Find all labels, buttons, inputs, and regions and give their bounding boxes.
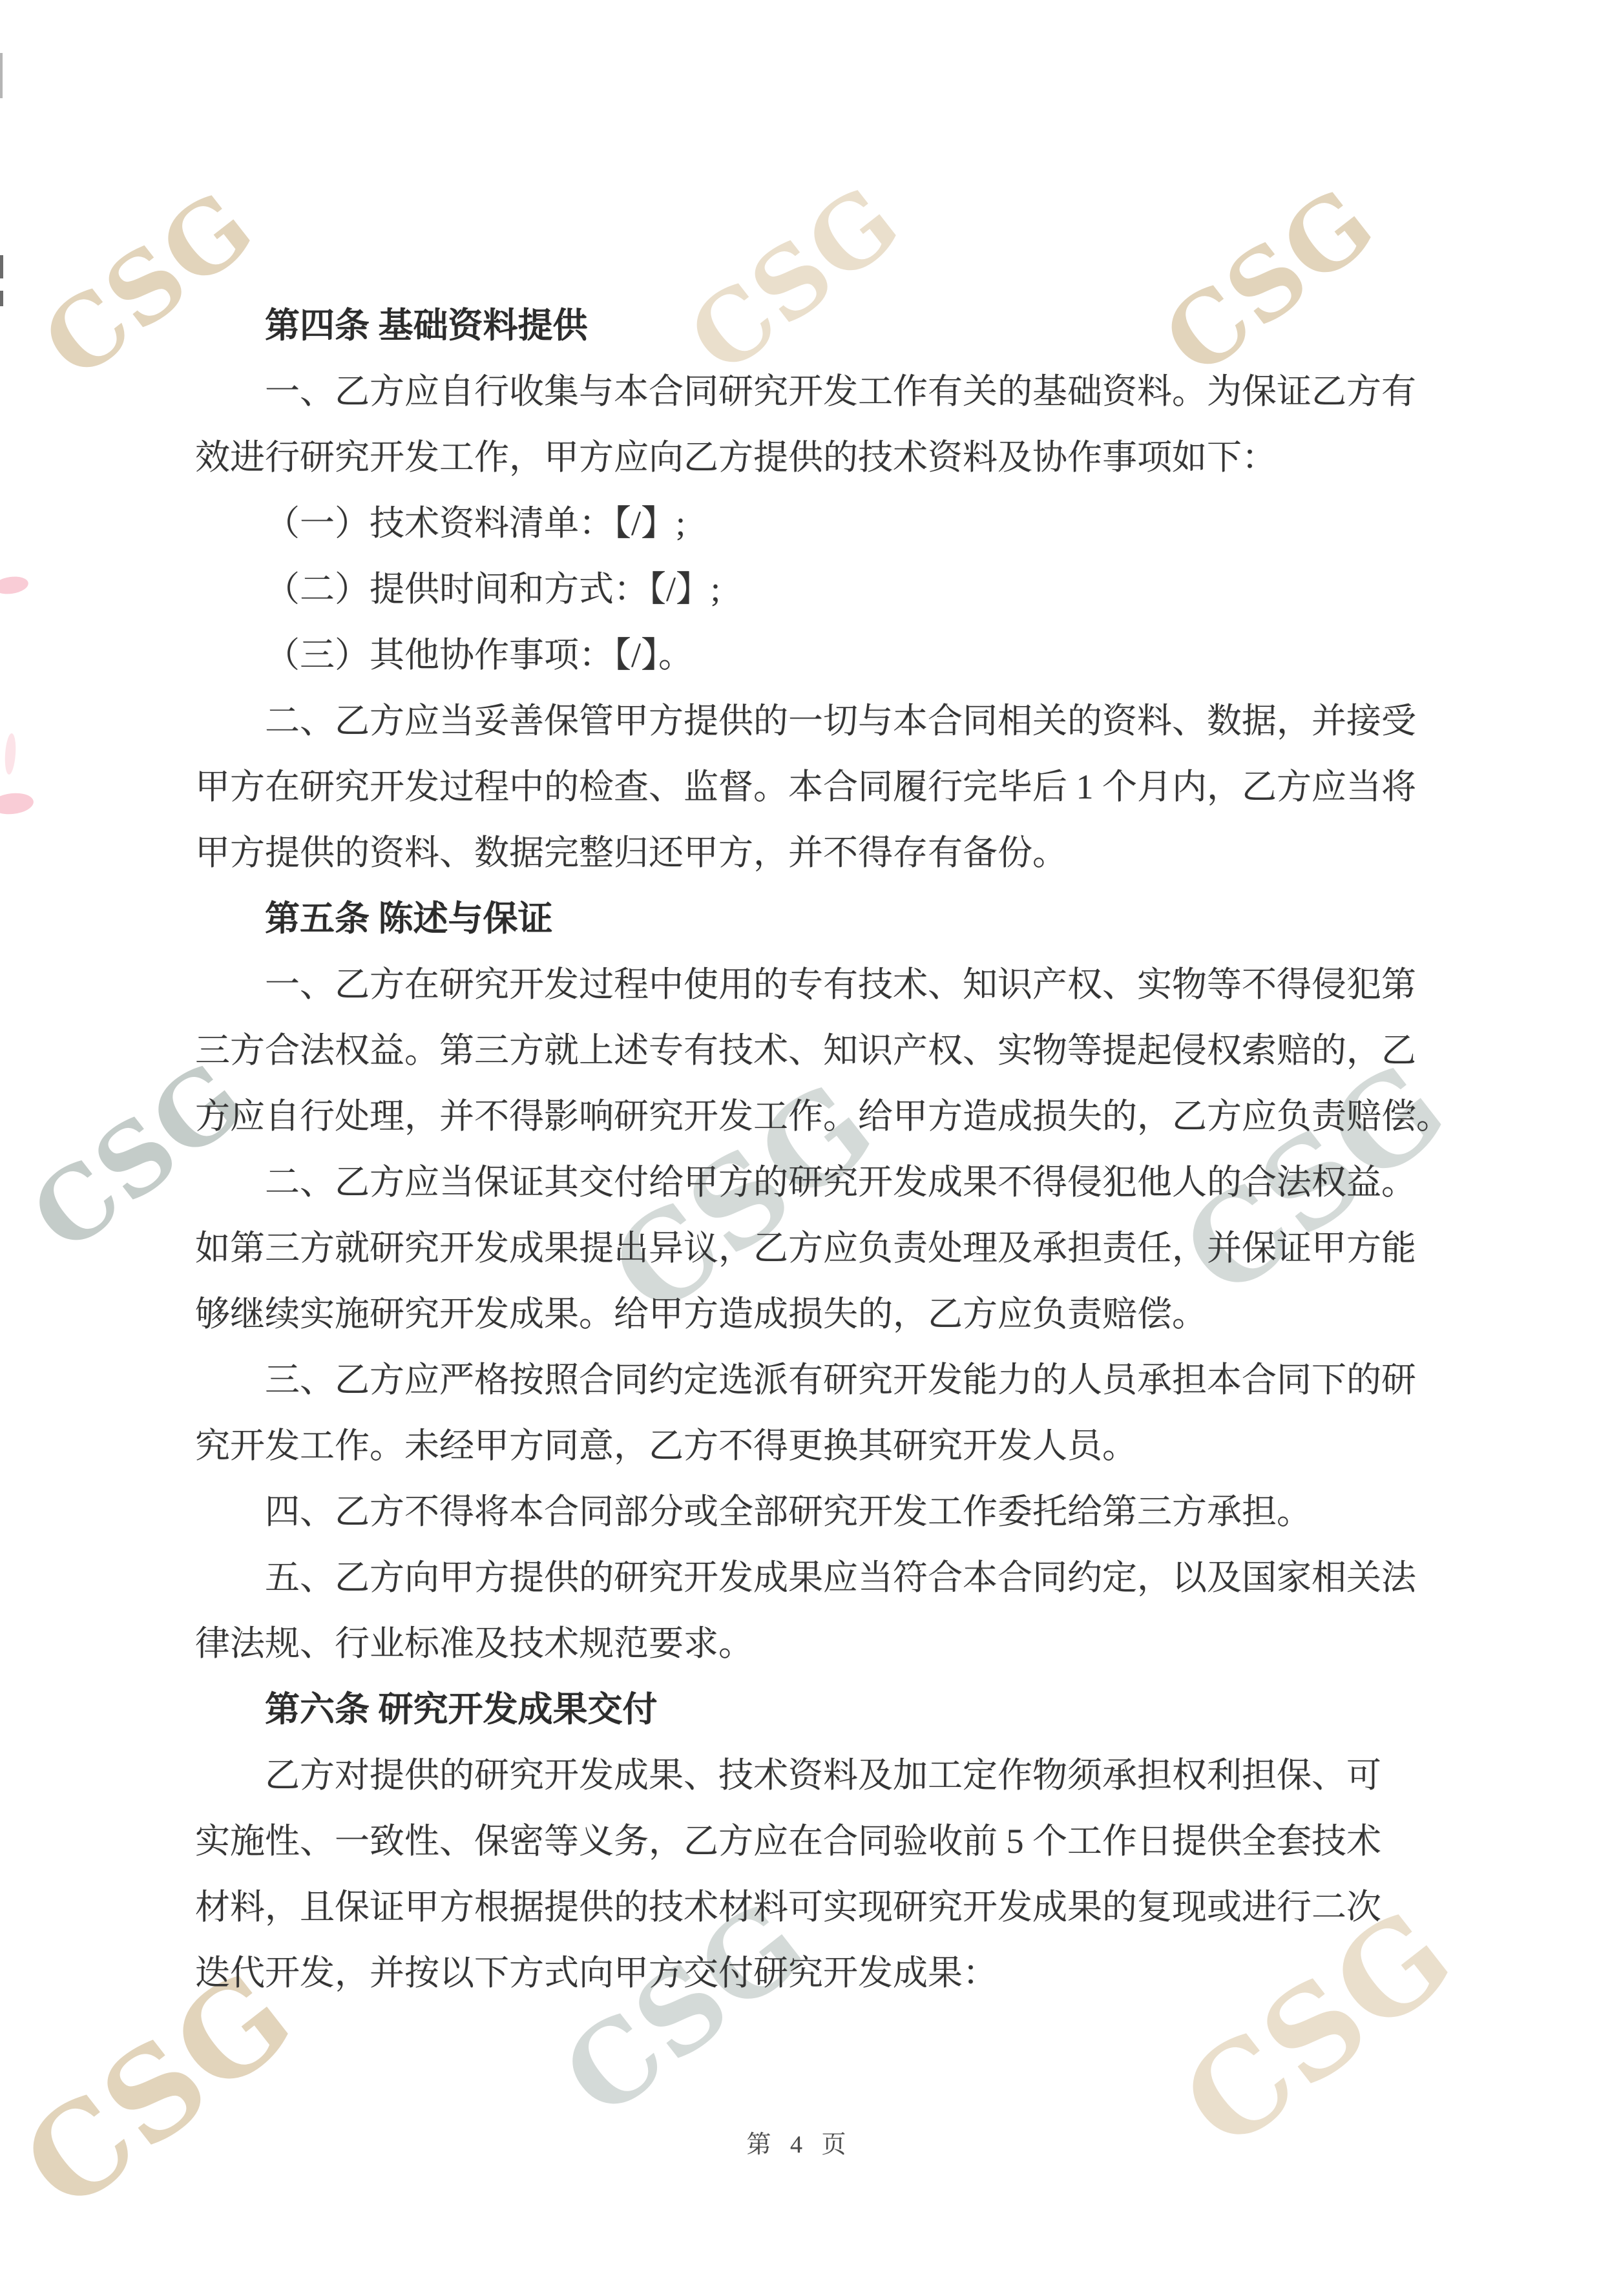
paragraph-line: 够继续实施研究开发成果。给甲方造成损失的，乙方应负责赔偿。 <box>195 1281 1416 1347</box>
pink-smudge <box>0 574 30 596</box>
paragraph-line: 方应自行处理，并不得影响研究开发工作。给甲方造成损失的，乙方应负责赔偿。 <box>195 1083 1416 1149</box>
scan-edge-mark <box>0 255 3 278</box>
paragraph-line: 乙方对提供的研究开发成果、技术资料及加工定作物须承担权利担保、可 <box>195 1742 1416 1808</box>
article-heading: 第四条 基础资料提供 <box>195 293 1416 359</box>
scan-edge-mark <box>0 53 3 98</box>
list-item-line: （二）提供时间和方式：【/】; <box>195 556 1416 622</box>
list-item-line: （一）技术资料清单：【/】; <box>195 490 1416 556</box>
paragraph-line: 二、乙方应当妥善保管甲方提供的一切与本合同相关的资料、数据，并接受 <box>195 688 1416 754</box>
paragraph-line: 一、乙方在研究开发过程中使用的专有技术、知识产权、实物等不得侵犯第 <box>195 952 1416 1018</box>
paragraph-line: 效进行研究开发工作，甲方应向乙方提供的技术资料及协作事项如下： <box>195 424 1416 490</box>
paragraph-line: 三、乙方应严格按照合同约定选派有研究开发能力的人员承担本合同下的研 <box>195 1347 1416 1413</box>
paragraph-line: 三方合法权益。第三方就上述专有技术、知识产权、实物等提起侵权索赔的，乙 <box>195 1018 1416 1083</box>
paragraph-line: 四、乙方不得将本合同部分或全部研究开发工作委托给第三方承担。 <box>195 1479 1416 1545</box>
paragraph-line: 五、乙方向甲方提供的研究开发成果应当符合本合同约定，以及国家相关法 <box>195 1545 1416 1611</box>
article-heading: 第五条 陈述与保证 <box>195 886 1416 952</box>
paragraph-line: 二、乙方应当保证其交付给甲方的研究开发成果不得侵犯他人的合法权益。 <box>195 1149 1416 1215</box>
list-item-line: （三）其他协作事项：【/】。 <box>195 622 1416 688</box>
scan-edge-mark <box>0 291 3 306</box>
paragraph-line: 究开发工作。未经甲方同意，乙方不得更换其研究开发人员。 <box>195 1413 1416 1479</box>
article-heading: 第六条 研究开发成果交付 <box>195 1676 1416 1742</box>
pink-smudge <box>0 791 34 817</box>
page-footer: 第 4 页 <box>0 2124 1599 2160</box>
paragraph-line: 迭代开发，并按以下方式向甲方交付研究开发成果： <box>195 1940 1416 2006</box>
contract-body: 第四条 基础资料提供 一、乙方应自行收集与本合同研究开发工作有关的基础资料。为保… <box>195 293 1416 2006</box>
paragraph-line: 律法规、行业标准及技术规范要求。 <box>195 1611 1416 1676</box>
paragraph-line: 材料，且保证甲方根据提供的技术材料可实现研究开发成果的复现或进行二次 <box>195 1874 1416 1940</box>
paragraph-line: 一、乙方应自行收集与本合同研究开发工作有关的基础资料。为保证乙方有 <box>195 359 1416 424</box>
pink-smudge <box>4 733 17 775</box>
paragraph-line: 甲方提供的资料、数据完整归还甲方，并不得存有备份。 <box>195 820 1416 886</box>
scanned-contract-page: CSG CSG CSG CSG CSG CSG CSG CSG CSG 第四条 … <box>0 0 1599 2296</box>
paragraph-line: 如第三方就研究开发成果提出异议，乙方应负责处理及承担责任，并保证甲方能 <box>195 1215 1416 1281</box>
paragraph-line: 实施性、一致性、保密等义务，乙方应在合同验收前 5 个工作日提供全套技术 <box>195 1808 1416 1874</box>
paragraph-line: 甲方在研究开发过程中的检查、监督。本合同履行完毕后 1 个月内，乙方应当将 <box>195 754 1416 820</box>
